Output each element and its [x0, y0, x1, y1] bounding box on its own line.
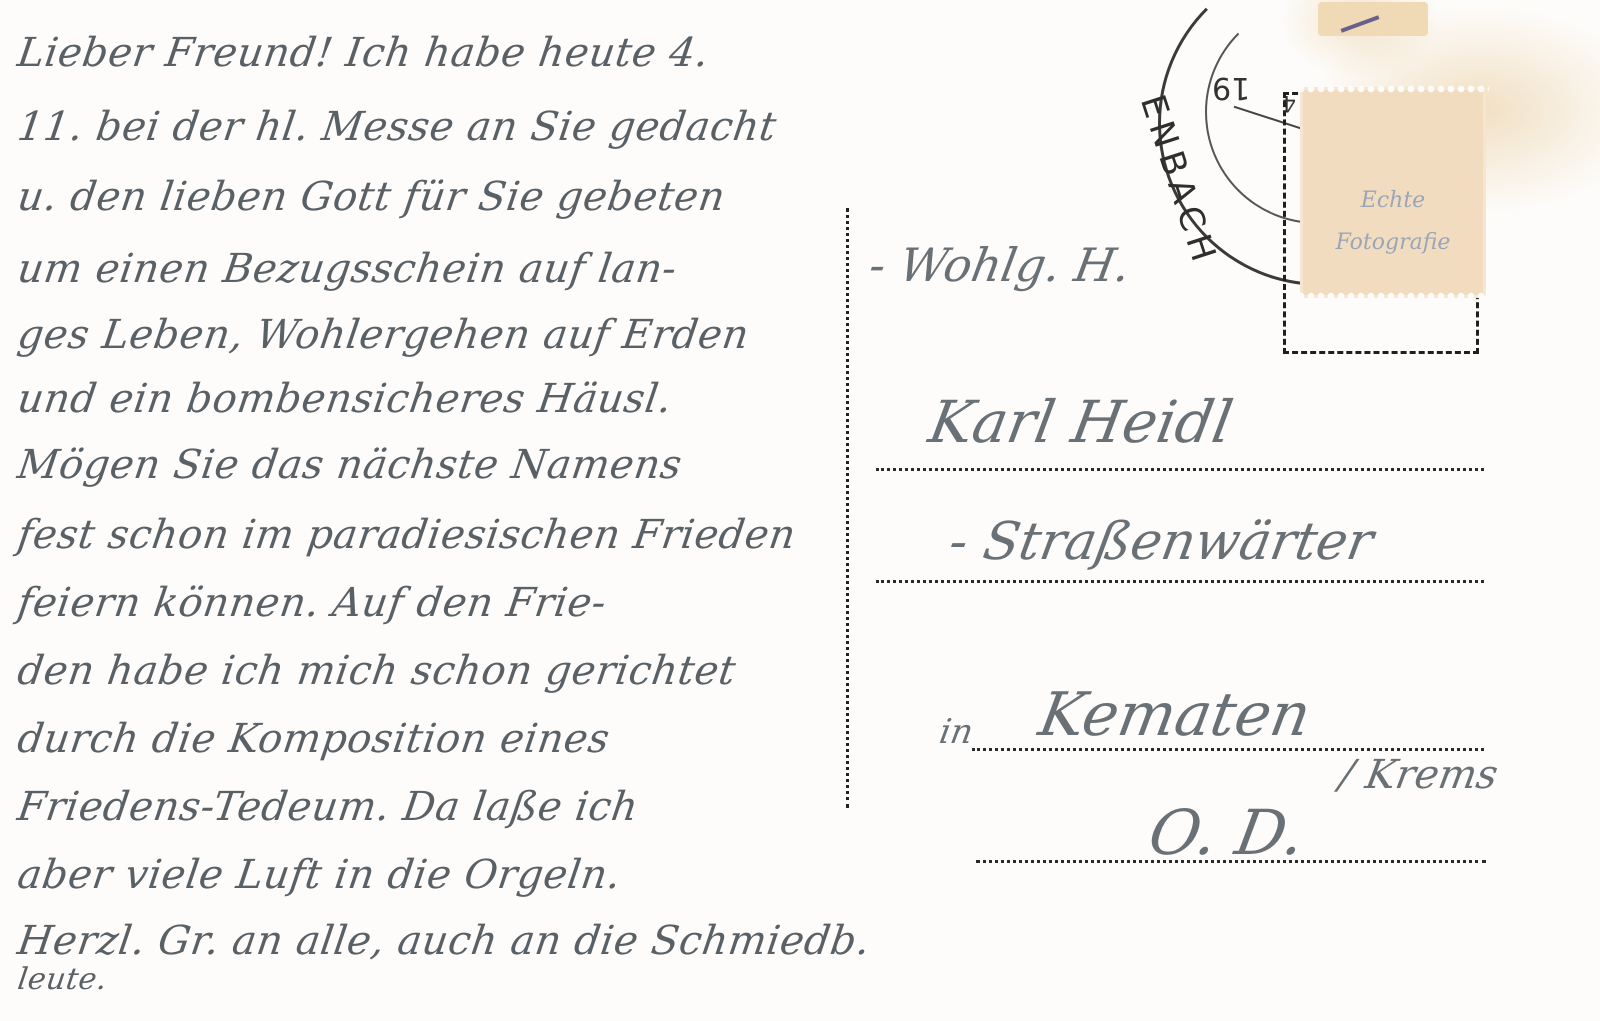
- message-line: ges Leben, Wohlergehen auf Erden: [15, 312, 752, 358]
- message-line: Mögen Sie das nächste Namens: [15, 442, 685, 488]
- address-rule-4: [976, 860, 1486, 863]
- address-district: / Krems: [1336, 752, 1501, 798]
- stamp-imprint: Echte Fotografie: [1303, 90, 1483, 295]
- address-rule-3: [972, 748, 1484, 751]
- stamp-text-line1: Echte: [1303, 188, 1483, 213]
- message-line: u. den lieben Gott für Sie gebeten: [15, 174, 728, 220]
- address-occupation: - Straßenwärter: [945, 512, 1378, 572]
- message-line: durch die Komposition eines: [15, 716, 613, 762]
- message-line: und ein bombensicheres Häusl.: [15, 376, 675, 422]
- message-line: um einen Bezugsschein auf lan-: [15, 246, 680, 292]
- message-line: Herzl. Gr. an alle, auch an die Schmiedb…: [15, 918, 873, 964]
- postmark-year: 19: [1212, 70, 1250, 105]
- address-place-prefix: in: [936, 712, 976, 752]
- message-line: leute.: [16, 962, 110, 997]
- message-line: feiern können. Auf den Frie-: [15, 580, 609, 626]
- address-place: Kematen: [1034, 680, 1316, 750]
- message-line: aber viele Luft in die Orgeln.: [15, 852, 624, 898]
- address-salutation: - Wohlg. H.: [865, 238, 1134, 292]
- address-rule-2: [876, 580, 1484, 583]
- stamp-text-line2: Fotografie: [1303, 230, 1483, 255]
- message-address-divider: [846, 208, 849, 808]
- postcard-back: Lieber Freund! Ich habe heute 4. 11. bei…: [0, 0, 1600, 1021]
- message-line: 11. bei der hl. Messe an Sie gedacht: [15, 104, 780, 150]
- message-line: den habe ich mich schon gerichtet: [15, 648, 739, 694]
- message-line: fest schon im paradiesischen Frieden: [15, 512, 799, 558]
- address-rule-1: [876, 468, 1484, 471]
- message-line: Lieber Freund! Ich habe heute 4.: [15, 30, 712, 76]
- address-region: O. D.: [1144, 796, 1311, 869]
- message-line: Friedens-Tedeum. Da laße ich: [15, 784, 641, 830]
- address-name: Karl Heidl: [924, 388, 1238, 456]
